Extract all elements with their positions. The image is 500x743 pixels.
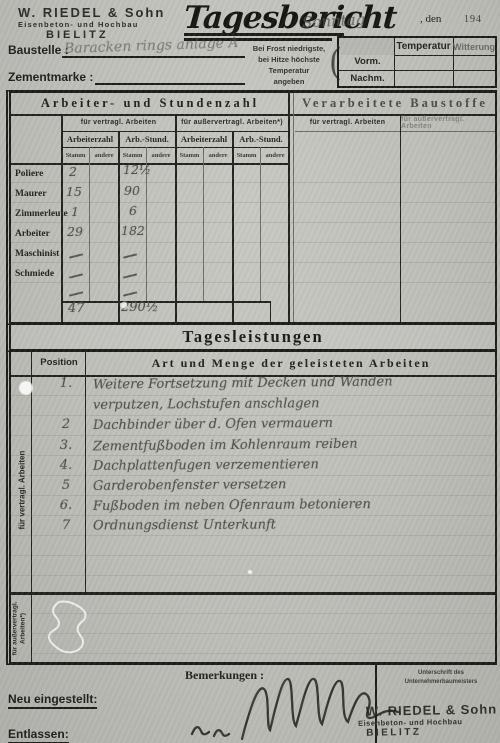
year-label: 194 xyxy=(464,14,482,25)
frost-note-line1: Bei Frost niedrigste, xyxy=(246,44,332,55)
temp-row-nachm: Nachm. xyxy=(341,70,394,86)
value-poliere-stunden: 12½ xyxy=(123,162,151,177)
side-label-ausservertragl-line2: Arbeiten*) xyxy=(20,591,28,665)
entry-text-5: Garderobenfenster versetzen xyxy=(93,477,286,494)
entry-pos-6: 6. xyxy=(49,498,83,513)
group-header-vertragl: für vertragl. Arbeiten xyxy=(62,114,175,131)
value-arbeiter-stunden: 182 xyxy=(121,223,145,238)
handwritten-day: Sonntag xyxy=(302,10,366,31)
baustelle-label: Baustelle : xyxy=(8,43,69,57)
entry-text-1: Weitere Fortsetzung mit Decken und Wände… xyxy=(93,374,393,392)
workers-table-title: Arbeiter- und Stundenzahl xyxy=(11,96,289,111)
daily-work-table: Position Art und Menge der geleisteten A… xyxy=(6,352,497,665)
entry-pos-2: 2 xyxy=(49,417,83,432)
leaf-stamm-4: Stamm xyxy=(233,147,260,163)
value-maurer-stamm: 15 xyxy=(66,184,82,199)
row-label-zimmerleute: Zimmerleute xyxy=(15,209,68,219)
zementmarke-line xyxy=(95,83,245,85)
group-header-ausservertragl: für außervertragl. Arbeiten*) xyxy=(176,114,288,131)
leaf-stamm-3: Stamm xyxy=(176,147,203,163)
temp-row-vorm: Vorm. xyxy=(341,53,394,70)
temp-col-temperatur: Temperatur xyxy=(394,38,453,55)
row-label-maschinist: Maschinist xyxy=(15,249,59,259)
frost-note-line2: bei Hitze höchste xyxy=(246,55,332,66)
frost-note-line4: angeben xyxy=(246,77,332,88)
entry-pos-5: 5 xyxy=(49,478,83,493)
leaf-stamm-2: Stamm xyxy=(119,147,146,163)
value-arbeiter-stamm: 29 xyxy=(67,224,83,239)
signature-scrawl xyxy=(180,668,440,743)
table-row-rules xyxy=(11,163,495,301)
value-poliere-stamm: 2 xyxy=(69,164,77,179)
total-stunden: 290½ xyxy=(121,300,158,315)
side-label-ausservertragl-line1: für außervertragl. xyxy=(12,591,20,665)
lower-section-rules xyxy=(32,594,495,660)
side-label-ausservertragl: für außervertragl. Arbeiten*) xyxy=(12,591,29,665)
subheader-arbstund-2: Arb.-Stund. xyxy=(233,131,289,147)
frost-note-line3: Temperatur xyxy=(246,66,332,77)
entry-pos-4: 4. xyxy=(49,458,83,473)
tagesleistungen-banner: Tagesleistungen xyxy=(6,325,497,352)
entry-pos-3: 3. xyxy=(49,438,83,453)
baustelle-line xyxy=(62,56,245,58)
leaf-andere-2: andere xyxy=(147,147,175,163)
den-label: , den xyxy=(420,13,441,25)
entlassen-label: Entlassen: xyxy=(8,727,69,743)
company-subtitle: Eisenbeton- und Hochbau xyxy=(18,20,165,29)
leaf-stamm-1: Stamm xyxy=(62,147,89,163)
description-column-header: Art und Menge der geleisteten Arbeiten xyxy=(87,356,495,371)
entry-text-7: Ordnungsdienst Unterkunft xyxy=(93,518,276,534)
leaf-andere-4: andere xyxy=(261,147,289,163)
row-label-poliere: Poliere xyxy=(15,169,43,179)
temp-col-witterung: Witterung xyxy=(453,38,495,55)
value-zimmerleute-stamm: 1 xyxy=(71,204,79,219)
company-name: W. RIEDEL & Sohn xyxy=(18,5,165,20)
company-block: W. RIEDEL & Sohn Eisenbeton- und Hochbau… xyxy=(18,5,165,41)
subheader-arbstund-1: Arb.-Stund. xyxy=(119,131,175,147)
row-label-schmiede: Schmiede xyxy=(15,269,54,279)
subheader-arbeiterzahl-1: Arbeiterzahl xyxy=(62,131,118,147)
neu-eingestellt-label: Neu eingestellt: xyxy=(8,692,97,709)
row-label-arbeiter: Arbeiter xyxy=(15,229,50,239)
entry-text-1b: verputzen, Lochstufen anschlagen xyxy=(93,396,320,413)
workers-materials-table: Arbeiter- und Stundenzahl Verarbeitete B… xyxy=(6,90,497,325)
entry-pos-1: 1. xyxy=(49,376,83,391)
materials-col-vertragl: für vertragl. Arbeiten xyxy=(296,114,399,131)
leaf-andere-3: andere xyxy=(204,147,232,163)
temperature-table: Temperatur Witterung Vorm. Nachm. xyxy=(337,36,497,88)
materials-table-title: Verarbeitete Baustoffe xyxy=(295,96,495,111)
entry-pos-7: 7 xyxy=(49,518,83,533)
entry-text-3: Zementfußboden im Kohlenraum reiben xyxy=(93,437,358,455)
page-title: Tagesbericht xyxy=(183,0,398,36)
materials-col-ausservertragl: für außervertragl. Arbeiten xyxy=(401,114,495,131)
position-column-header: Position xyxy=(33,357,85,368)
entry-text-2: Dachbinder über d. Ofen vermauern xyxy=(93,416,333,433)
subheader-arbeiterzahl-2: Arbeiterzahl xyxy=(176,131,232,147)
frost-note: Bei Frost niedrigste, bei Hitze höchste … xyxy=(246,44,332,88)
scanned-daily-report: W. RIEDEL & Sohn Eisenbeton- und Hochbau… xyxy=(0,0,500,743)
leaf-andere-1: andere xyxy=(90,147,118,163)
paper-scratch-artifact xyxy=(45,598,97,660)
entry-text-4: Dachplattenfugen verzementieren xyxy=(93,457,319,474)
row-label-maurer: Maurer xyxy=(15,189,46,199)
zementmarke-label: Zementmarke : xyxy=(8,70,93,84)
total-stamm: 47 xyxy=(68,301,85,316)
value-zimmerleute-stunden: 6 xyxy=(129,203,137,218)
value-maurer-stunden: 90 xyxy=(124,183,140,198)
entry-text-6: Fußboden im neben Ofenraum betonieren xyxy=(93,497,371,514)
